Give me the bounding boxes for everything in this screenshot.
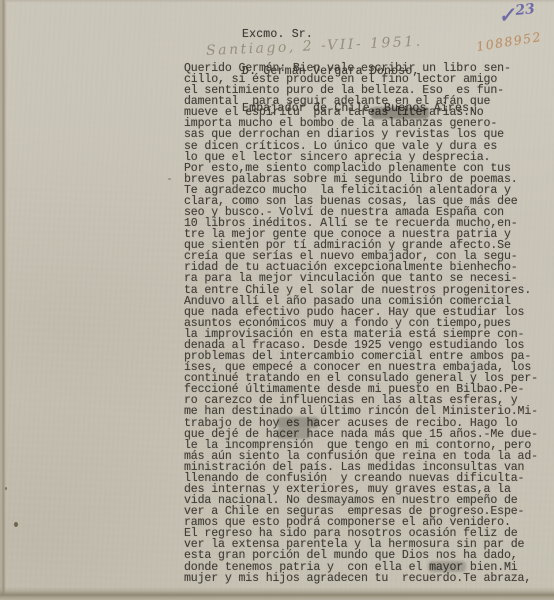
scanned-letter-page: Excmo. Sr. D. Germán Vergara Donoso, Emb… — [0, 0, 554, 600]
paper-edge-bottom — [0, 587, 554, 600]
archive-number-stamp: 1088952 — [475, 29, 543, 54]
paper-speck — [14, 522, 18, 527]
paper-edge-left — [0, 0, 7, 600]
paper-speck — [168, 178, 171, 180]
letter-body-text: Querido Germán: Bien vale escribir un li… — [184, 63, 552, 584]
paper-speck — [5, 487, 7, 490]
archivist-check-annotation: ✓23 — [497, 0, 536, 28]
check-number: 23 — [515, 1, 536, 19]
paper-edge-top — [0, 0, 554, 3]
checkmark-icon: ✓ — [497, 2, 516, 28]
